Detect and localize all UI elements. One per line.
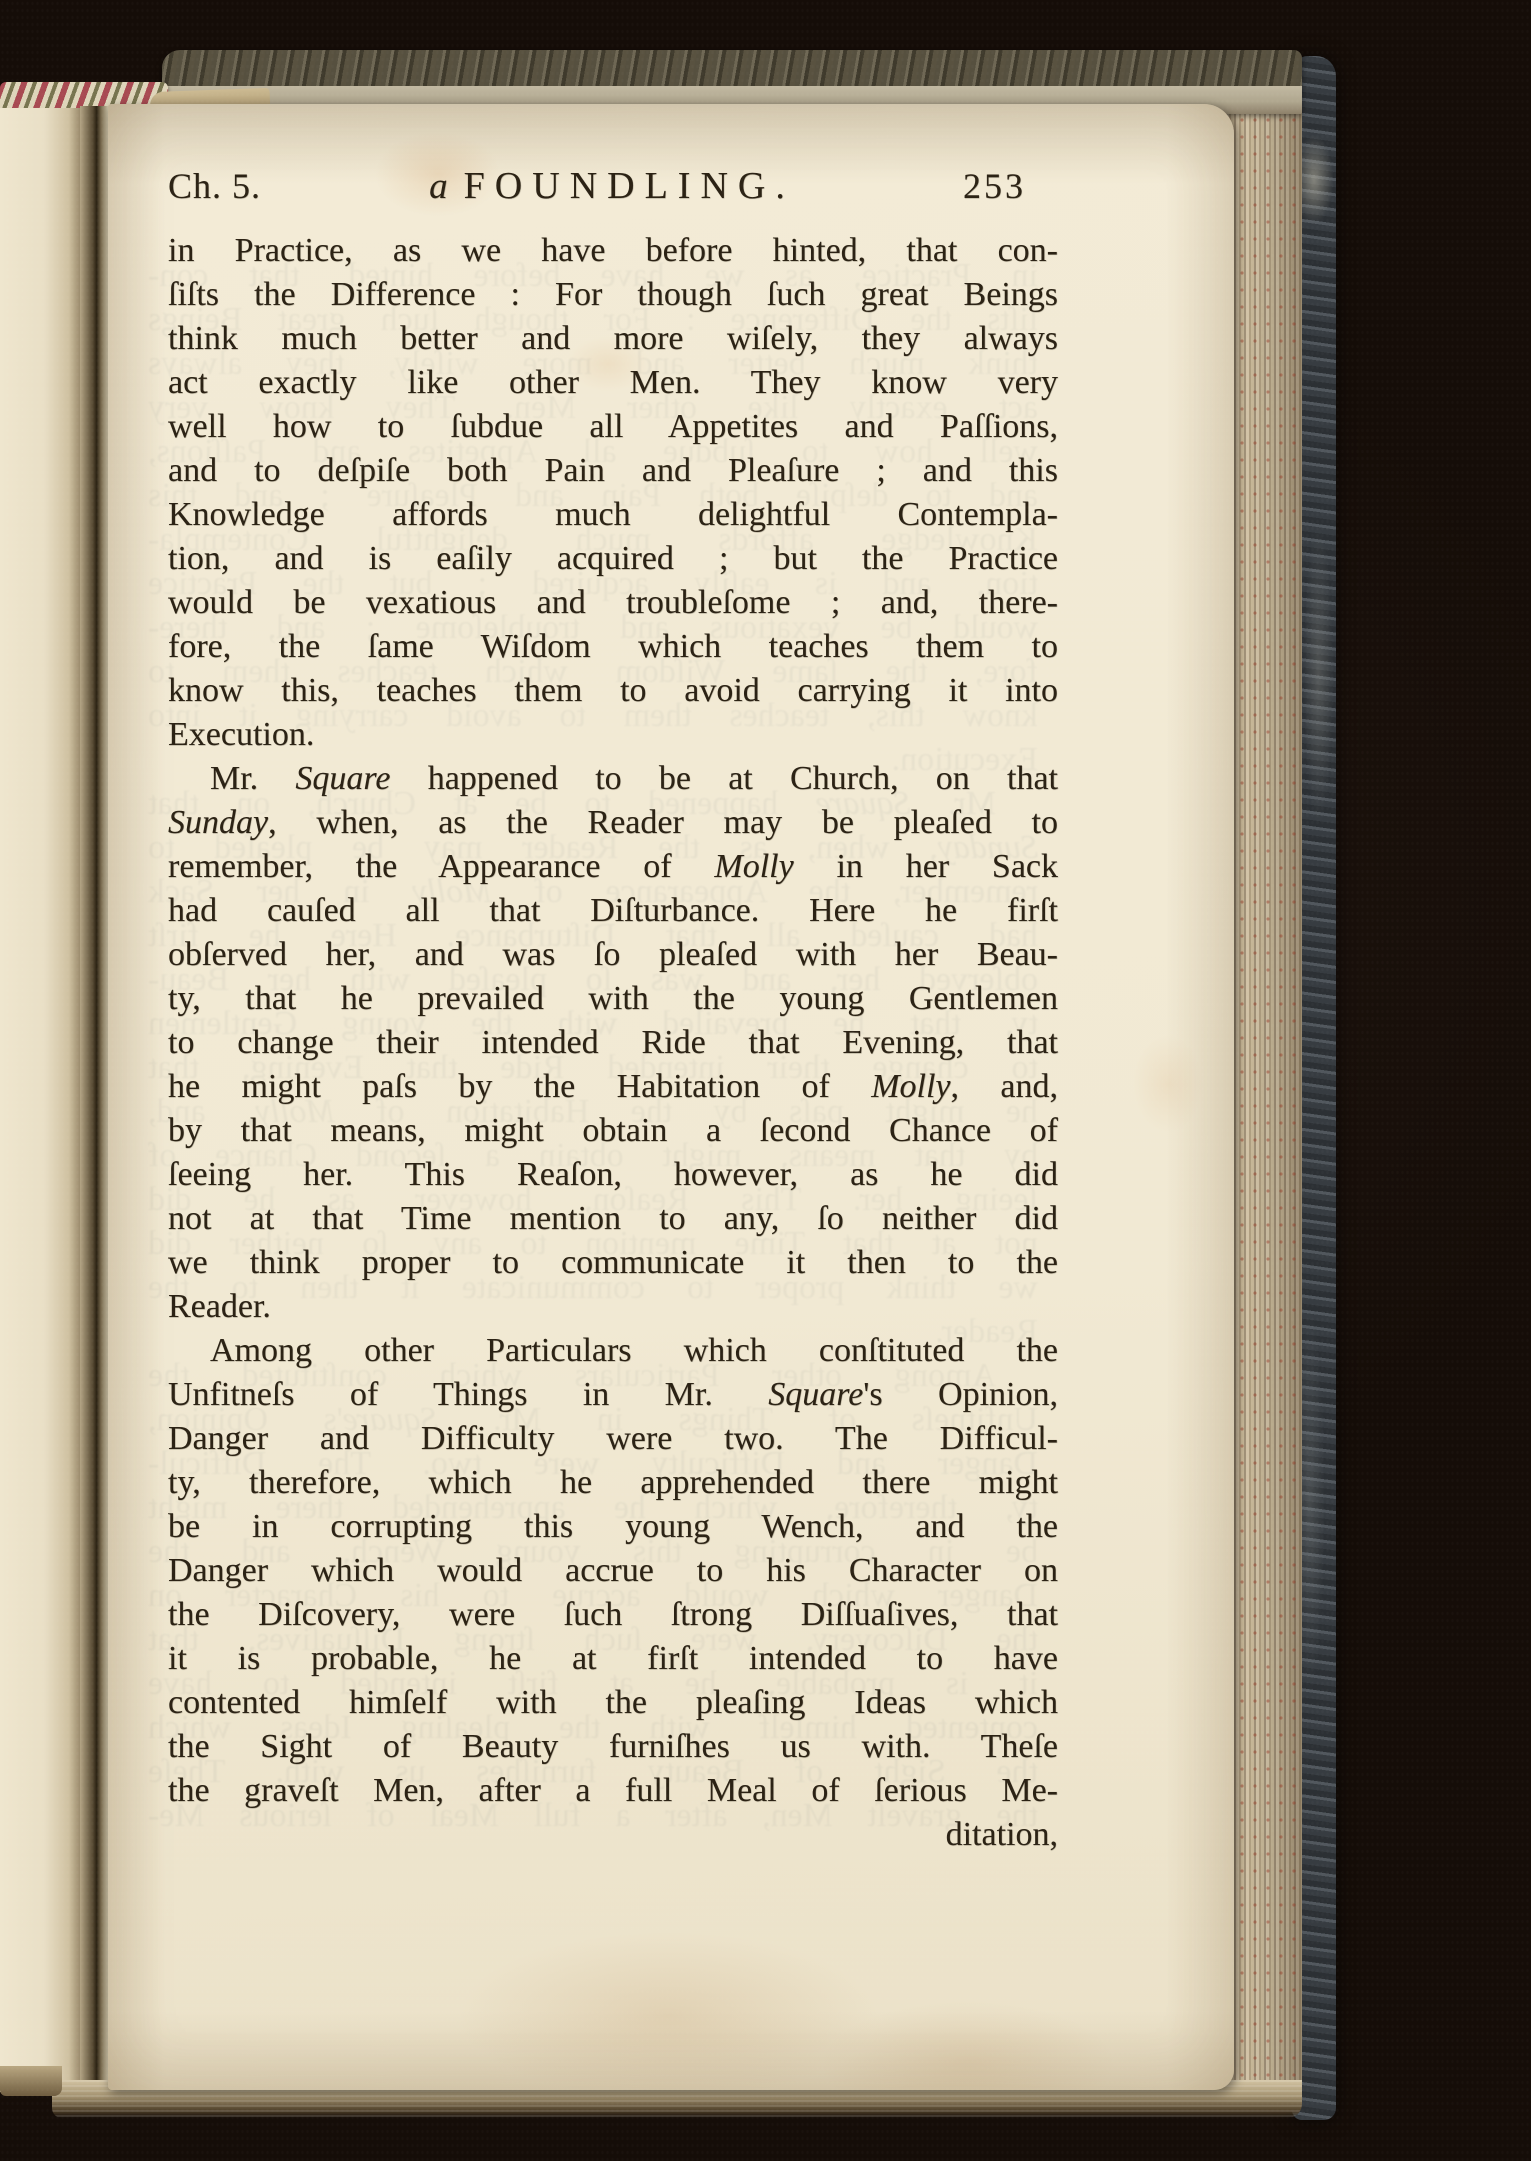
text-line: the graveſt Men, after a full Meal of ſe…: [168, 1769, 1058, 1813]
text-line: Execution.: [168, 713, 1058, 757]
text-line: would be vexatious and troubleſome ; and…: [168, 581, 1058, 625]
text-line: ty, therefore, which he apprehended ther…: [168, 1461, 1058, 1505]
text-line: Knowledge affords much delightful Contem…: [168, 493, 1058, 537]
text-line: act exactly like other Men. They know ve…: [168, 361, 1058, 405]
running-title-article: a: [429, 166, 448, 207]
fore-edge-pages: [1226, 64, 1302, 2106]
paragraph: Mr. Square happened to be at Church, on …: [168, 757, 1058, 1329]
text-line: think much better and more wiſely, they …: [168, 317, 1058, 361]
text-line: in Practice, as we have before hinted, t…: [168, 229, 1058, 273]
text-line: be in corrupting this young Wench, and t…: [168, 1505, 1058, 1549]
text-line: ty, that he prevailed with the young Gen…: [168, 977, 1058, 1021]
bottom-left-page-corner: [0, 2066, 62, 2096]
text-line: Danger which would accrue to his Charact…: [168, 1549, 1058, 1593]
text-line: not at that Time mention to any, ſo neit…: [168, 1197, 1058, 1241]
text-line: well how to ſubdue all Appetites and Paſ…: [168, 405, 1058, 449]
catchword: ditation,: [168, 1813, 1058, 1857]
text-line: remember, the Appearance of Molly in her…: [168, 845, 1058, 889]
text-line: and to deſpiſe both Pain and Pleaſure ; …: [168, 449, 1058, 493]
page-number: 253: [896, 164, 1058, 208]
text-line: Danger and Difficulty were two. The Diff…: [168, 1417, 1058, 1461]
text-line: Reader.: [168, 1285, 1058, 1329]
text-line: by that means, might obtain a ſecond Cha…: [168, 1109, 1058, 1153]
text-line: fore, the ſame Wiſdom which teaches them…: [168, 625, 1058, 669]
text-line: had cauſed all that Diſturbance. Here he…: [168, 889, 1058, 933]
text-line: it is probable, he at firſt intended to …: [168, 1637, 1058, 1681]
chapter-label: Ch. 5.: [168, 164, 328, 208]
text-line: ſeeing her. This Reaſon, however, as he …: [168, 1153, 1058, 1197]
text-line: the Diſcovery, were ſuch ſtrong Diſſuaſi…: [168, 1593, 1058, 1637]
book-page: in Practice, as we have before hinted, t…: [108, 104, 1234, 2090]
page-body: in Practice, as we have before hinted, t…: [168, 229, 1058, 1813]
text-line: Mr. Square happened to be at Church, on …: [168, 757, 1058, 801]
running-title-main: FOUNDLING.: [464, 165, 795, 207]
page-text: Ch. 5. aFOUNDLING. 253 in Practice, as w…: [168, 164, 1058, 1857]
text-line: Sunday, when, as the Reader may be pleaſ…: [168, 801, 1058, 845]
text-line: ſiſts the Difference : For though ſuch g…: [168, 273, 1058, 317]
page-header: Ch. 5. aFOUNDLING. 253: [168, 164, 1058, 209]
photo-background: in Practice, as we have before hinted, t…: [0, 0, 1531, 2161]
text-line: Among other Particulars which conſtitute…: [168, 1329, 1058, 1373]
text-line: the Sight of Beauty furniſhes us with. T…: [168, 1725, 1058, 1769]
text-line: he might paſs by the Habitation of Molly…: [168, 1065, 1058, 1109]
paragraph: Among other Particulars which conſtitute…: [168, 1329, 1058, 1813]
text-line: we think proper to communicate it then t…: [168, 1241, 1058, 1285]
text-line: obſerved her, and was ſo pleaſed with he…: [168, 933, 1058, 977]
text-line: tion, and is eaſily acquired ; but the P…: [168, 537, 1058, 581]
text-line: know this, teaches them to avoid carryin…: [168, 669, 1058, 713]
facing-page-edge: [0, 108, 80, 2092]
paragraph: in Practice, as we have before hinted, t…: [168, 229, 1058, 757]
text-line: contented himſelf with the pleaſing Idea…: [168, 1681, 1058, 1725]
text-line: Unfitneſs of Things in Mr. Square's Opin…: [168, 1373, 1058, 1417]
running-title: aFOUNDLING.: [328, 164, 896, 209]
text-line: to change their intended Ride that Eveni…: [168, 1021, 1058, 1065]
top-edge-soiled-strip: [162, 50, 1302, 86]
